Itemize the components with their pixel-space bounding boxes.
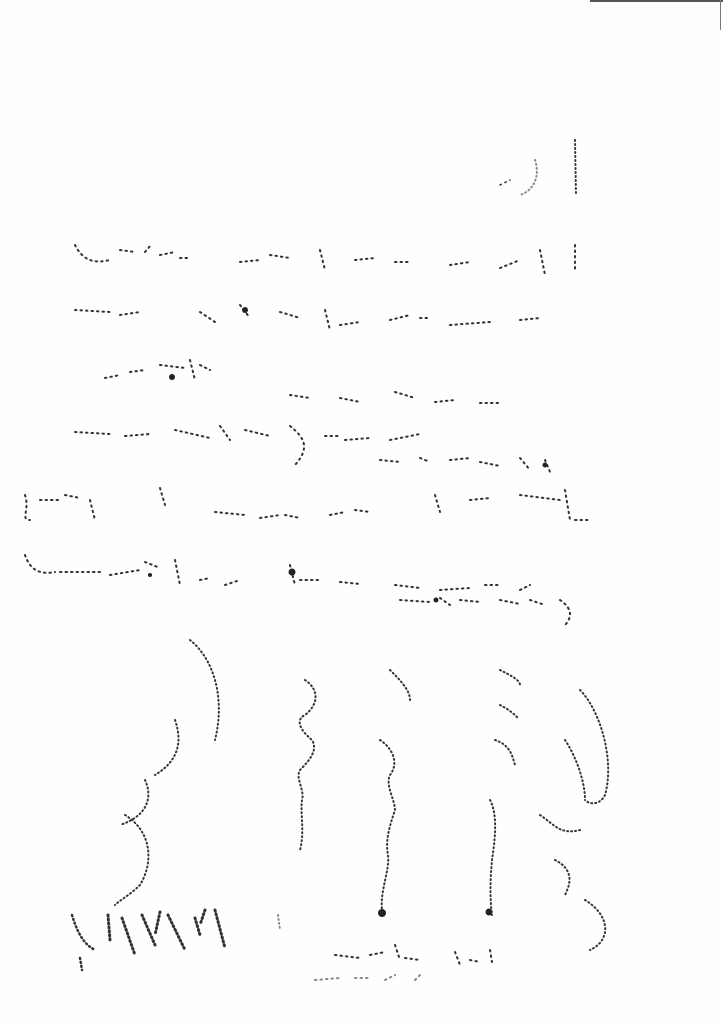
text-line-7 [25, 488, 590, 520]
handwritten-text-lines [25, 245, 590, 625]
handwritten-curves [115, 640, 608, 950]
signature-mark [72, 910, 280, 970]
text-line-3 [105, 360, 210, 380]
handwriting-scan [0, 0, 723, 1023]
curve-wave-1 [299, 680, 316, 850]
text-line-2 [75, 305, 540, 330]
curve-left-1 [155, 720, 178, 775]
curve-left-3 [115, 815, 148, 905]
curve-wave-3 [490, 670, 520, 915]
scanned-page [0, 0, 723, 1023]
curve-wave-2 [380, 670, 410, 910]
text-line-1 [75, 245, 575, 275]
text-line-8 [25, 555, 530, 590]
text-line-5 [75, 426, 420, 465]
bottom-caption [315, 945, 492, 980]
text-line-9 [400, 598, 570, 625]
heading-mark [500, 140, 576, 195]
curve-left-2 [120, 780, 148, 825]
text-line-6 [380, 458, 550, 472]
text-line-4 [290, 392, 500, 403]
curve-right-b [540, 690, 608, 950]
curve-left-outer [190, 640, 219, 740]
